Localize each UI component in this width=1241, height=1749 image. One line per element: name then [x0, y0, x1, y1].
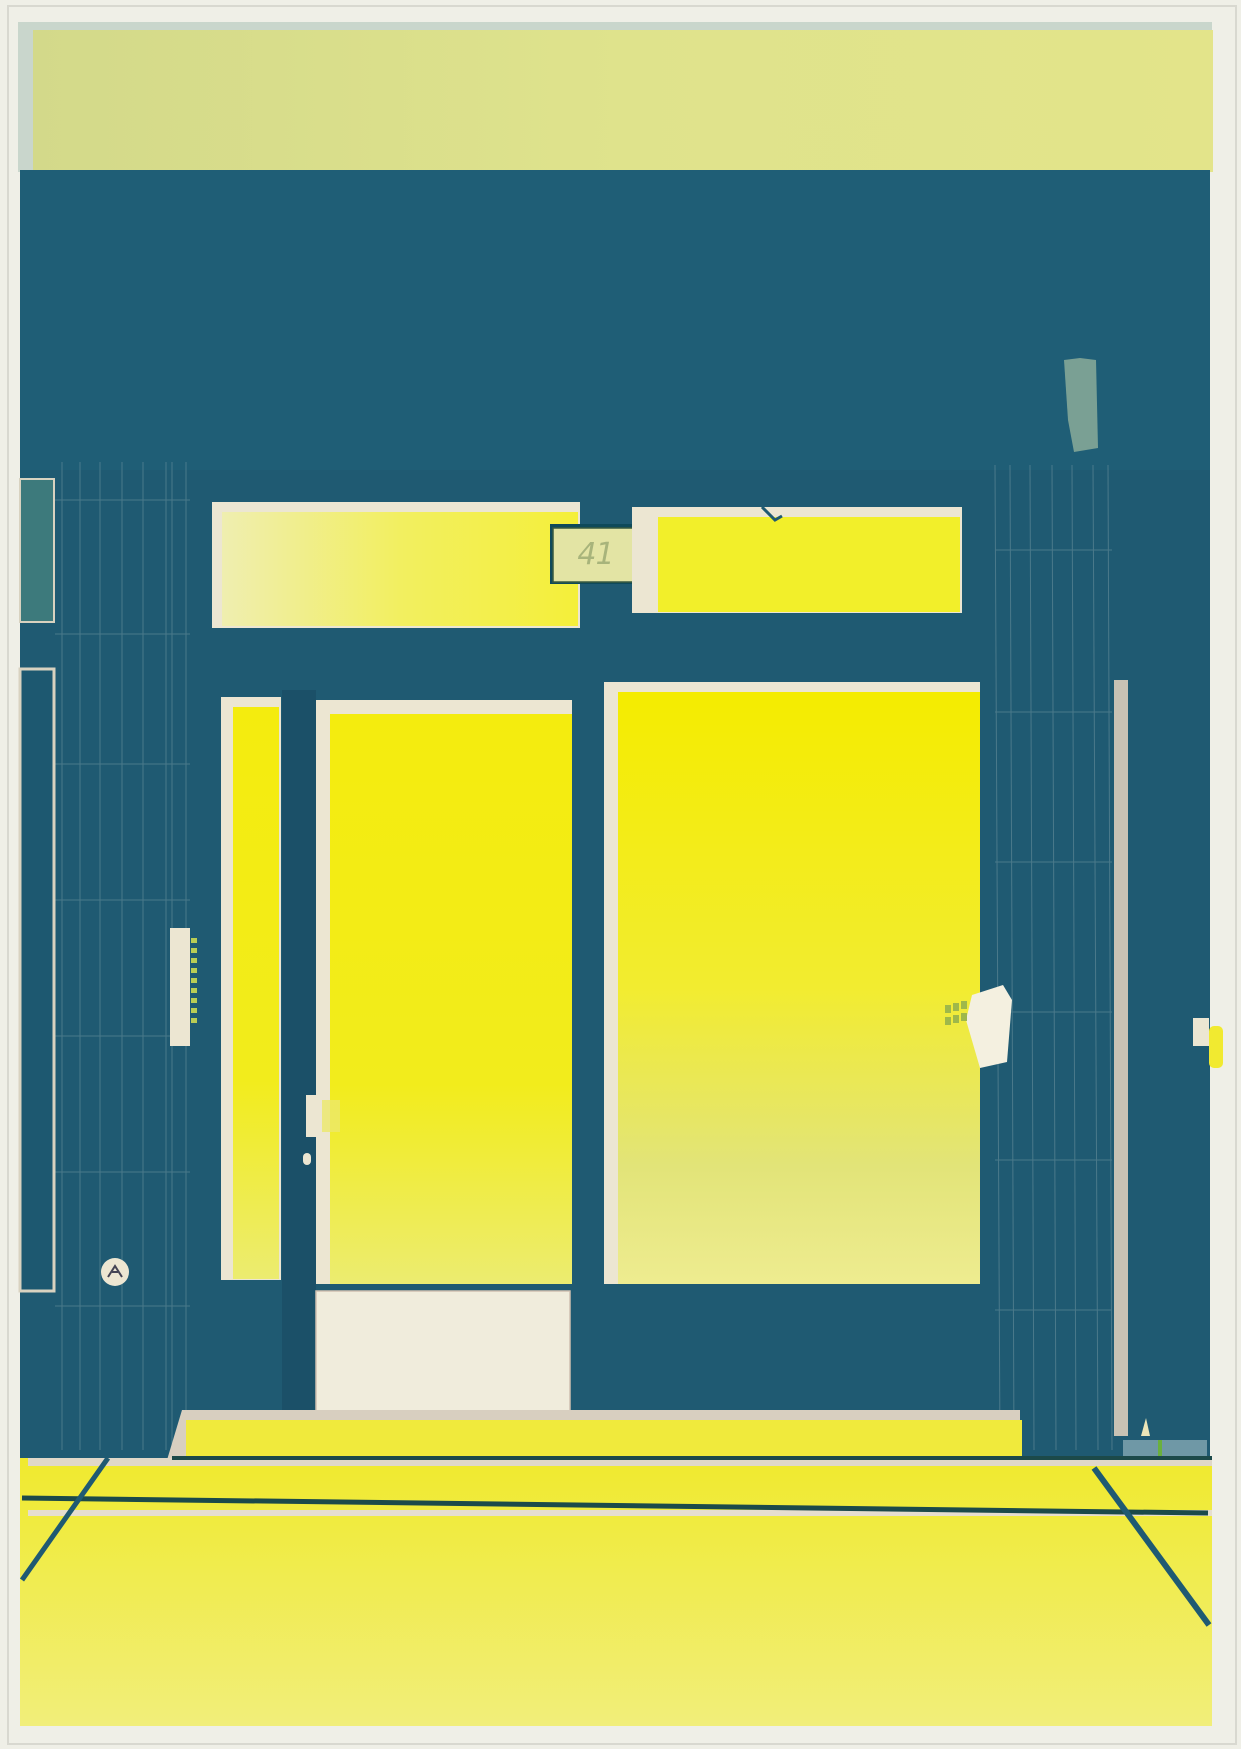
artwork-canvas	[0, 0, 1241, 1749]
shop-window	[604, 682, 980, 1284]
artwork-frame	[0, 0, 1241, 1749]
entrance-door	[303, 700, 572, 1284]
transom-left	[212, 502, 580, 628]
transom-right	[632, 507, 962, 613]
house-number: 41	[550, 526, 641, 582]
door-lock-icon	[303, 1153, 311, 1165]
door-kick-panel	[316, 1291, 570, 1411]
left-edge-panels	[20, 479, 54, 1291]
sidelight-left	[221, 697, 281, 1280]
pavement	[20, 1458, 1212, 1726]
sky-band	[18, 22, 1213, 172]
door-handle-icon	[306, 1095, 322, 1137]
entrance-step	[167, 1410, 1022, 1460]
doorbell-icon	[101, 1258, 129, 1286]
right-drainpipe	[1114, 680, 1128, 1436]
